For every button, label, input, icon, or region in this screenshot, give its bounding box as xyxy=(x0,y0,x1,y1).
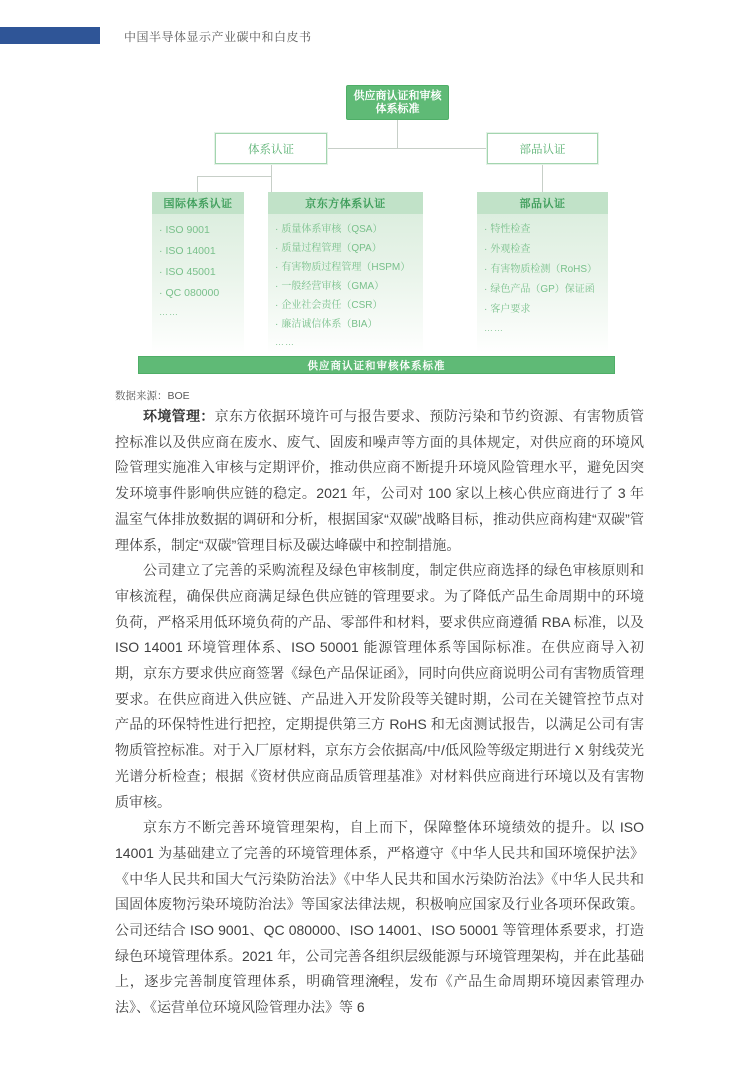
cert-item: ·企业社会责任（CSR） xyxy=(275,296,421,315)
document-page: 中国半导体显示产业碳中和白皮书 供应商认证和审核体系标准 体系认证 部品认证 国… xyxy=(0,0,756,1068)
cert-item: ·一般经营审核（GMA） xyxy=(275,277,421,296)
paragraph-green-procurement: 公司建立了完善的采购流程及绿色审核制度，制定供应商选择的绿色审核原则和审核流程，… xyxy=(115,558,644,815)
cert-item-label: 质量过程管理（QPA） xyxy=(281,243,381,254)
cert-item: ·客户要求 xyxy=(484,300,606,320)
bullet-dot: · xyxy=(275,243,278,254)
bullet-dot: · xyxy=(484,244,487,255)
node-system-certification: 体系认证 xyxy=(215,133,327,164)
connector-split-left-down xyxy=(197,176,198,192)
bullet-dot: · xyxy=(275,300,278,311)
cert-item: ·廉洁诚信体系（BIA） xyxy=(275,315,421,334)
cert-item-label: QC 080000 xyxy=(166,287,220,299)
cert-item-label: 绿色产品（GP）保证函 xyxy=(490,284,594,295)
ellipsis-more: …… xyxy=(275,337,421,347)
paragraph-lead-label: 环境管理： xyxy=(143,408,215,424)
cert-item: ·特性检查 xyxy=(484,220,606,240)
cert-item-label: 有害物质过程管理（HSPM） xyxy=(281,262,410,273)
cert-item-label: 廉洁诚信体系（BIA） xyxy=(281,319,377,330)
column-boe-certification: 京东方体系认证 ·质量体系审核（QSA） ·质量过程管理（QPA） ·有害物质过… xyxy=(268,192,423,354)
paragraph-text: 京东方依据环境许可与报告要求、预防污染和节约资源、有害物质管控标准以及供应商在废… xyxy=(115,408,644,553)
column-item-list: ·特性检查 ·外观检查 ·有害物质检测（RoHS） ·绿色产品（GP）保证函 ·… xyxy=(477,214,608,333)
cert-item: ·外观检查 xyxy=(484,240,606,260)
body-text: 环境管理：京东方依据环境许可与报告要求、预防污染和节约资源、有害物质管控标准以及… xyxy=(115,404,644,1021)
cert-item: ·有害物质检测（RoHS） xyxy=(484,260,606,280)
cert-item-label: ISO 45001 xyxy=(166,266,216,278)
connector-component-down xyxy=(542,164,543,192)
column-international-certification: 国际体系认证 ·ISO 9001 ·ISO 14001 ·ISO 45001 ·… xyxy=(152,192,244,353)
cert-item-label: ISO 14001 xyxy=(166,245,216,257)
bullet-dot: · xyxy=(159,245,163,257)
bullet-dot: · xyxy=(159,266,163,278)
bullet-dot: · xyxy=(275,262,278,273)
cert-item-label: 一般经营审核（GMA） xyxy=(281,281,384,292)
paragraph-environment-management: 环境管理：京东方依据环境许可与报告要求、预防污染和节约资源、有害物质管控标准以及… xyxy=(115,404,644,558)
column-component-certification: 部品认证 ·特性检查 ·外观检查 ·有害物质检测（RoHS） ·绿色产品（GP）… xyxy=(477,192,608,353)
cert-item: ·ISO 9001 xyxy=(159,220,242,241)
connector-system-down xyxy=(271,164,272,192)
bullet-dot: · xyxy=(484,284,487,295)
bullet-dot: · xyxy=(275,281,278,292)
bullet-dot: · xyxy=(484,304,487,315)
column-item-list: ·ISO 9001 ·ISO 14001 ·ISO 45001 ·QC 0800… xyxy=(152,214,244,317)
column-item-list: ·质量体系审核（QSA） ·质量过程管理（QPA） ·有害物质过程管理（HSPM… xyxy=(268,214,423,347)
cert-item: ·绿色产品（GP）保证函 xyxy=(484,280,606,300)
column-header: 京东方体系认证 xyxy=(268,192,423,214)
bullet-dot: · xyxy=(275,319,278,330)
cert-item-label: 特性检查 xyxy=(490,224,530,235)
column-header: 部品认证 xyxy=(477,192,608,214)
cert-item: ·ISO 45001 xyxy=(159,262,242,283)
node-component-certification: 部品认证 xyxy=(487,133,598,164)
cert-item-label: 外观检查 xyxy=(490,244,530,255)
cert-item-label: 企业社会责任（CSR） xyxy=(281,300,382,311)
header-title: 中国半导体显示产业碳中和白皮书 xyxy=(124,28,312,45)
paragraph-environment-framework: 京东方不断完善环境管理架构，自上而下，保障整体环境绩效的提升。以 ISO 140… xyxy=(115,815,644,1021)
bullet-dot: · xyxy=(275,224,278,235)
cert-item: ·ISO 14001 xyxy=(159,241,242,262)
connector-split-horizontal xyxy=(197,176,272,177)
bullet-dot: · xyxy=(484,224,487,235)
cert-item-label: 有害物质检测（RoHS） xyxy=(490,264,597,275)
bullet-dot: · xyxy=(159,224,163,236)
data-source-label: 数据来源：BOE xyxy=(115,388,190,403)
cert-item-label: 客户要求 xyxy=(490,304,530,315)
bullet-dot: · xyxy=(159,287,163,299)
bullet-dot: · xyxy=(484,264,487,275)
cert-item: ·有害物质过程管理（HSPM） xyxy=(275,258,421,277)
chart-caption-bar: 供应商认证和审核体系标准 xyxy=(138,356,615,374)
connector-level2-horizontal xyxy=(327,148,487,149)
cert-item-label: 质量体系审核（QSA） xyxy=(281,224,382,235)
cert-item: ·质量体系审核（QSA） xyxy=(275,220,421,239)
ellipsis-more: …… xyxy=(159,307,242,317)
column-header: 国际体系认证 xyxy=(152,192,244,214)
page-number: 46 xyxy=(0,975,756,987)
root-node-supplier-certification: 供应商认证和审核体系标准 xyxy=(346,85,449,120)
cert-item: ·质量过程管理（QPA） xyxy=(275,239,421,258)
connector-root-down xyxy=(397,120,398,148)
cert-item-label: ISO 9001 xyxy=(166,224,210,236)
ellipsis-more: …… xyxy=(484,323,606,333)
header-accent-bar xyxy=(0,27,100,44)
cert-item: ·QC 080000 xyxy=(159,283,242,304)
